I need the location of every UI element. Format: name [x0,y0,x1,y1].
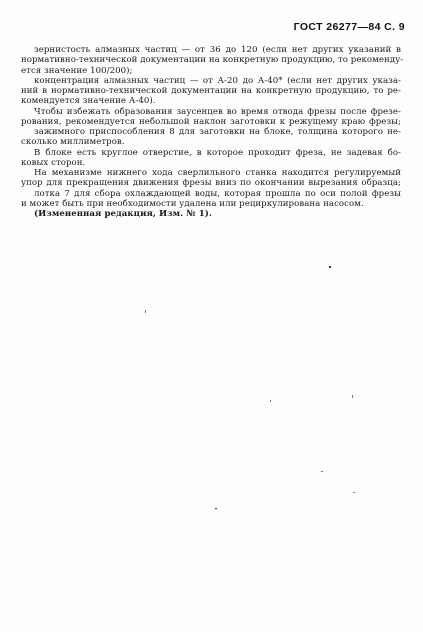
paragraph-concentration: концентрация алмазных частиц — от А-20 д… [21,76,401,107]
text-line: лотка 7 для сбора охлаждающей воды, кото… [21,189,401,199]
text-line: ний в нормативно-технической документаци… [21,86,401,96]
paragraph-burrs: Чтобы избежать образования заусенцев во … [21,107,401,128]
document-body: зернистость алмазных частиц — от 36 до 1… [21,45,401,219]
scan-speck [353,492,355,493]
scan-speck [270,400,271,402]
text-line: нормативно-технической документации на к… [21,55,401,65]
scan-speck [215,508,217,509]
paragraph-grit: зернистость алмазных частиц — от 36 до 1… [21,45,401,76]
text-line: комендуется значение А-40). [21,96,401,106]
text-line: ковых сторон. [21,158,401,168]
scan-speck [145,310,146,313]
paragraph-clamping-fixture: зажимного приспособления 8 для заготовки… [21,127,401,148]
text-line: и может быть при необходимости удалена и… [21,199,401,209]
paragraph-coolant-tray: лотка 7 для сбора охлаждающей воды, кото… [21,189,401,210]
scan-speck [352,395,353,398]
text-line: зажимного приспособления 8 для заготовки… [21,127,401,137]
text-line: концентрация алмазных частиц — от А-20 д… [21,76,401,86]
text-line: Чтобы избежать образования заусенцев во … [21,107,401,117]
text-line: упор для прекращения движения фрезы вниз… [21,178,401,188]
paragraph-stop-mechanism: На механизме нижнего хода сверлильного с… [21,168,401,189]
text-line: зернистость алмазных частиц — от 36 до 1… [21,45,401,55]
text-line: В блоке есть круглое отверстие, в которо… [21,148,401,158]
paragraph-block-hole: В блоке есть круглое отверстие, в которо… [21,148,401,169]
amendment-note: (Измененная редакция, Изм. № 1). [21,209,401,219]
document-header: ГОСТ 26277—84 С. 9 [294,21,405,33]
text-line: сколько миллиметров. [21,137,401,147]
text-line: ется значение 100/200); [21,66,401,76]
text-line: рования, рекомендуется небольшой наклон … [21,117,401,127]
text-line: На механизме нижнего хода сверлильного с… [21,168,401,178]
scan-speck [329,266,331,268]
scan-speck [321,471,323,472]
